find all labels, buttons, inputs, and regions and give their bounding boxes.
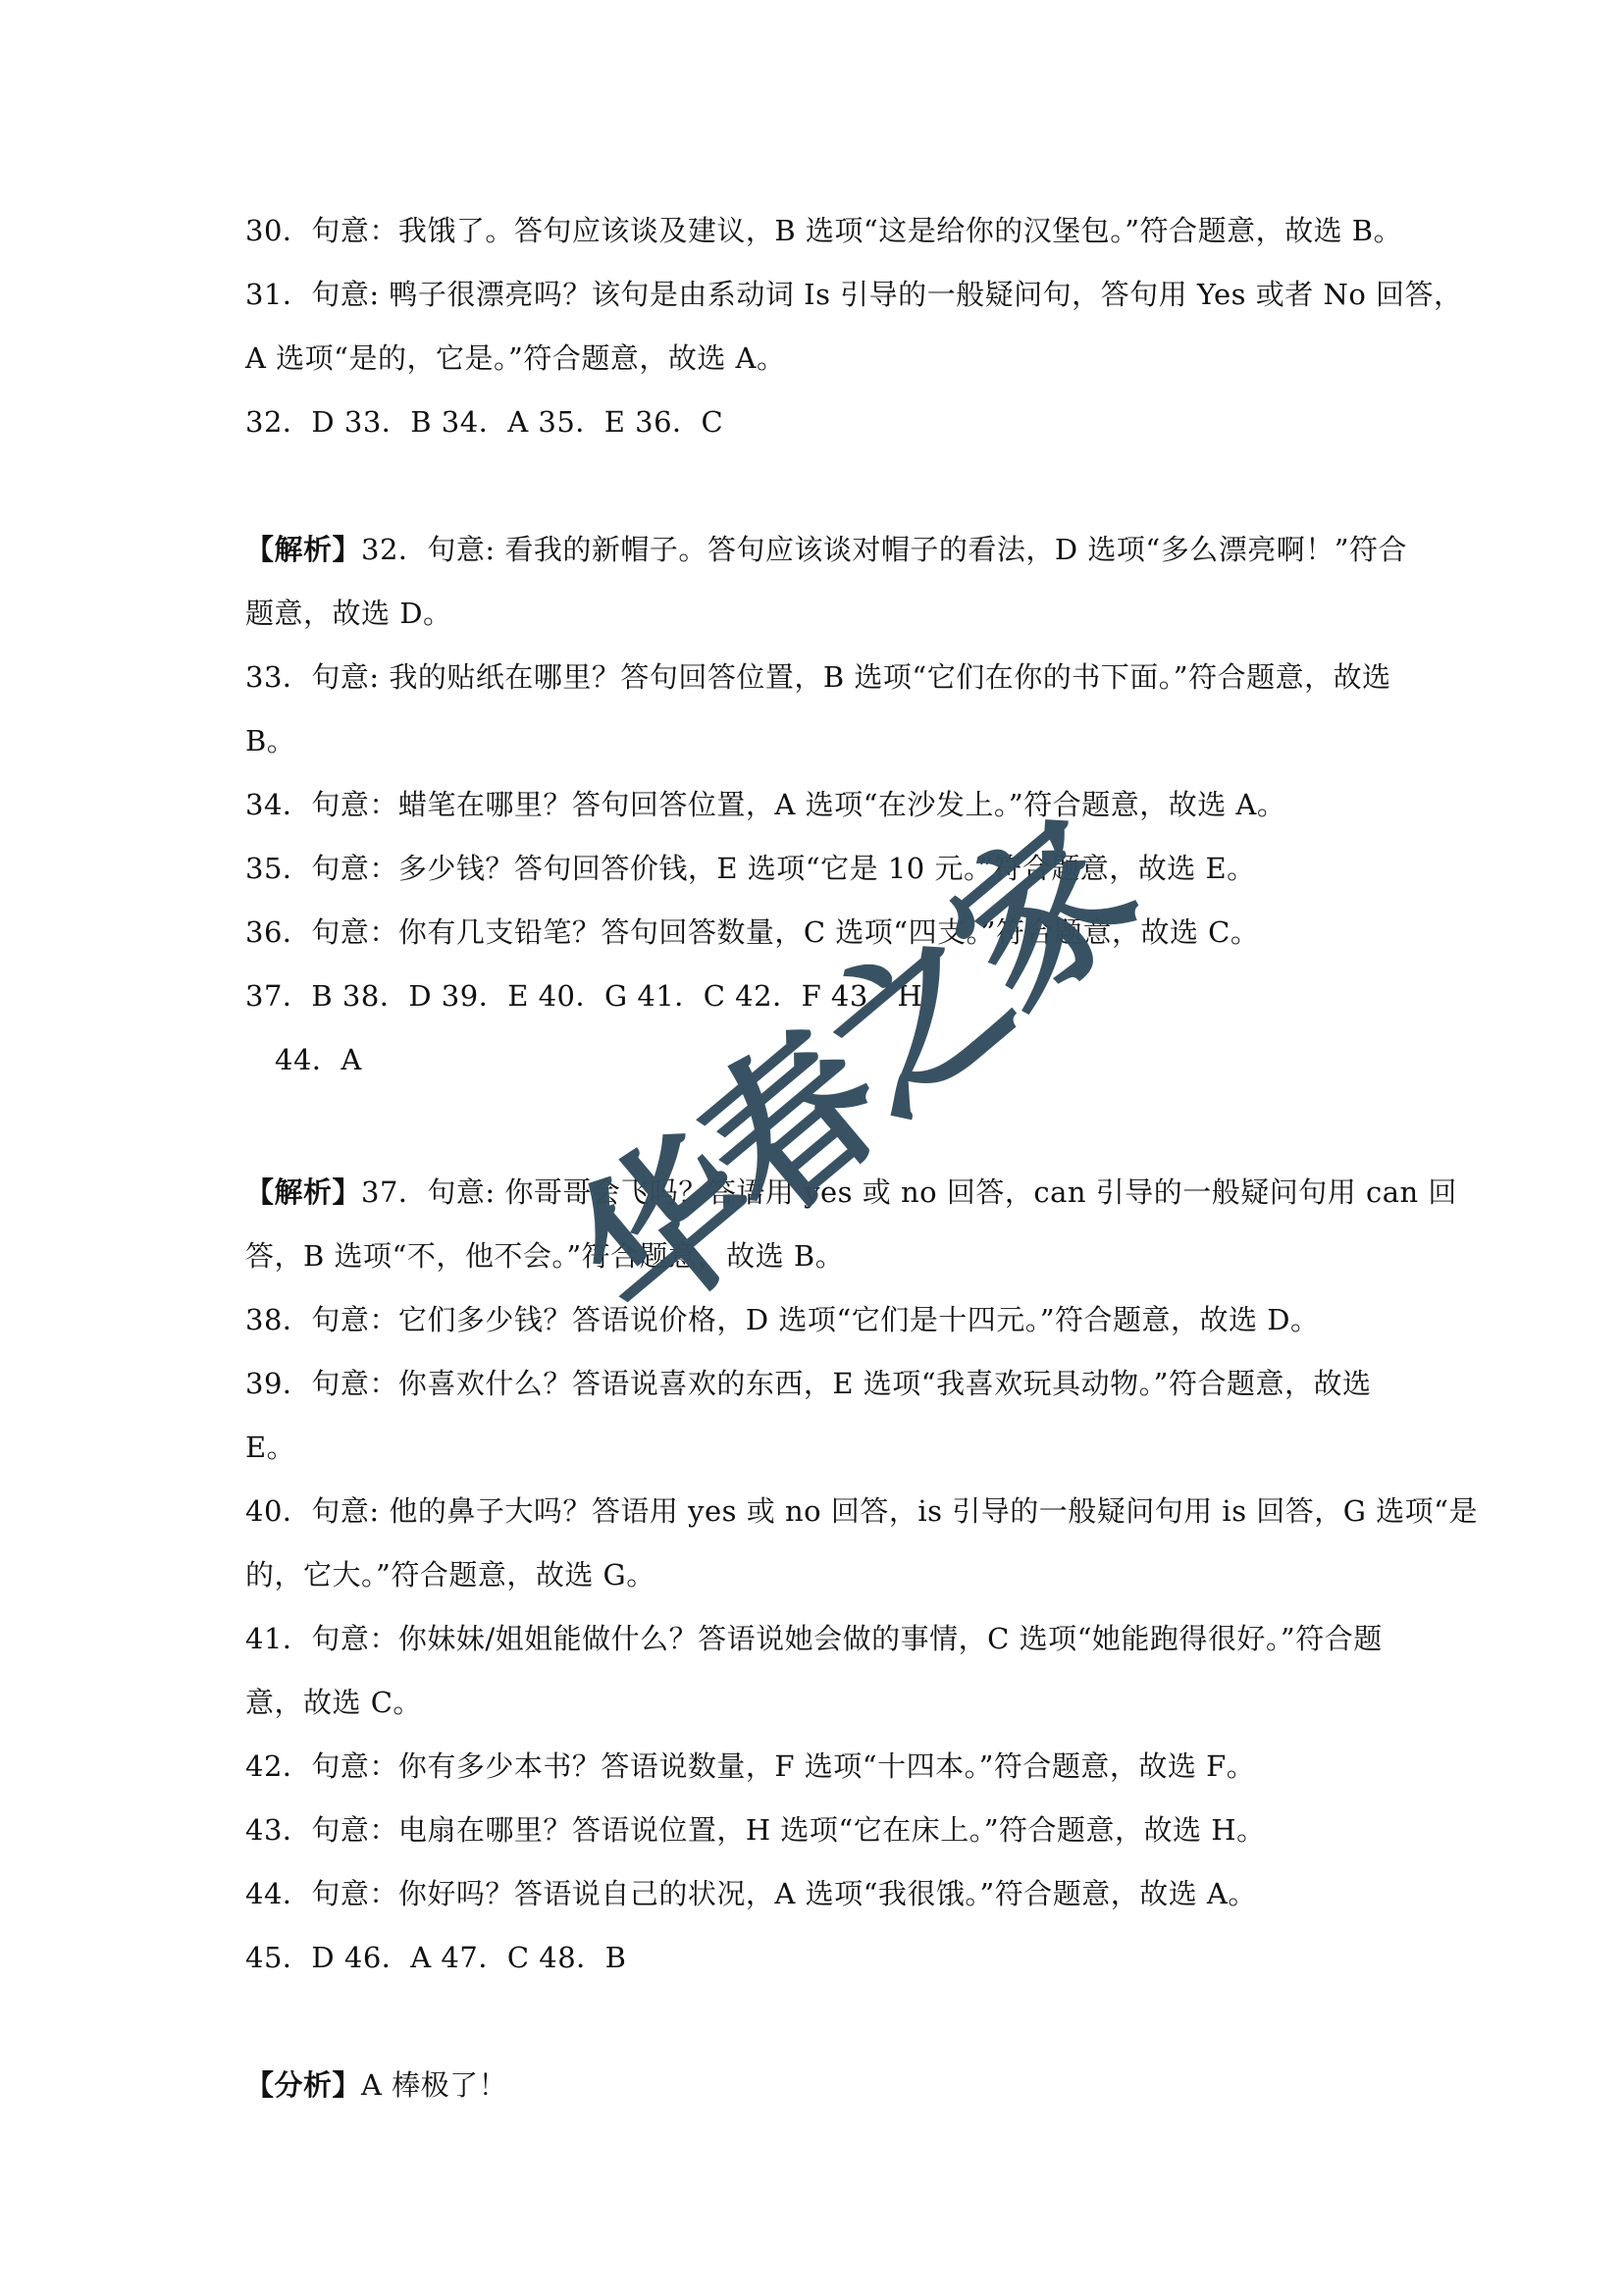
analysis-line-41: 41．句意：你妹妹/姐姐能做什么？答语说她会做的事情，C 选项“她能跑得很好。”… (245, 1619, 1383, 1658)
analysis-label: 【解析】 (245, 1175, 361, 1209)
analysis-line-41-cont: 意，故选 C。 (245, 1683, 422, 1722)
analysis-line-33: 33．句意: 我的贴纸在哪里？答句回答位置，B 选项“它们在你的书下面。”符合题… (245, 657, 1391, 697)
analysis-line-39-cont: E。 (245, 1428, 295, 1467)
answer-key-32-36: 32．D 33．B 34．A 35．E 36．C (245, 402, 723, 442)
answer-key-45-48: 45．D 46．A 47．C 48．B (245, 1938, 626, 1977)
analysis-label: 【分析】 (245, 2068, 361, 2102)
analysis-line-44: 44．句意：你好吗？答语说自己的状况，A 选项“我很饿。”符合题意，故选 A。 (245, 1874, 1257, 1913)
analysis-line-32: 【解析】32．句意: 看我的新帽子。答句应该谈对帽子的看法，D 选项“多么漂亮啊… (245, 530, 1407, 569)
analysis-line-39: 39．句意：你喜欢什么？答语说喜欢的东西，E 选项“我喜欢玩具动物。”符合题意，… (245, 1364, 1371, 1403)
analysis-line-43: 43．句意：电扇在哪里？答语说位置，H 选项“它在床上。”符合题意，故选 H。 (245, 1810, 1266, 1850)
document-page: 30．句意：我饿了。答句应该谈及建议，B 选项“这是给你的汉堡包。”符合题意，故… (0, 0, 1623, 2296)
analysis-label: 【解析】 (245, 533, 361, 566)
analysis-line-32-cont: 题意，故选 D。 (245, 594, 451, 633)
answer-key-37-43: 37．B 38．D 39．E 40．G 41．C 42．F 43．H (245, 976, 922, 1016)
analysis-text: 32．句意: 看我的新帽子。答句应该谈对帽子的看法，D 选项“多么漂亮啊！”符合 (361, 533, 1407, 566)
analysis-text: A 棒极了！ (361, 2068, 507, 2102)
answer-line-31: 31．句意: 鸭子很漂亮吗？该句是由系动词 Is 引导的一般疑问句，答句用 Ye… (245, 275, 1463, 314)
analysis-line-45: 【分析】A 棒极了！ (245, 2065, 507, 2105)
analysis-line-33-cont: B。 (245, 721, 295, 760)
analysis-line-36: 36．句意：你有几支铅笔？答句回答数量，C 选项“四支。”符合题意，故选 C。 (245, 913, 1259, 952)
answer-line-31-cont: A 选项“是的，它是。”符合题意，故选 A。 (245, 339, 785, 378)
analysis-line-40-cont: 的，它大。”符合题意，故选 G。 (245, 1555, 655, 1594)
answer-line-30: 30．句意：我饿了。答句应该谈及建议，B 选项“这是给你的汉堡包。”符合题意，故… (245, 211, 1402, 250)
analysis-text: 37．句意: 你哥哥会飞吗？答语用 yes 或 no 回答，can 引导的一般疑… (361, 1175, 1457, 1209)
analysis-line-35: 35．句意：多少钱？答句回答价钱，E 选项“它是 10 元。”符合题意，故选 E… (245, 849, 1256, 888)
analysis-line-38: 38．句意：它们多少钱？答语说价格，D 选项“它们是十四元。”符合题意，故选 D… (245, 1300, 1320, 1339)
analysis-line-34: 34．句意：蜡笔在哪里？答句回答位置，A 选项“在沙发上。”符合题意，故选 A。 (245, 785, 1285, 824)
answer-key-44: 44．A (275, 1040, 362, 1079)
analysis-line-42: 42．句意：你有多少本书？答语说数量，F 选项“十四本。”符合题意，故选 F。 (245, 1747, 1255, 1786)
analysis-line-40: 40．句意: 他的鼻子大吗？答语用 yes 或 no 回答，is 引导的一般疑问… (245, 1491, 1478, 1531)
analysis-line-37-cont: 答，B 选项“不，他不会。”符合题意，故选 B。 (245, 1236, 844, 1276)
analysis-line-37: 【解析】37．句意: 你哥哥会飞吗？答语用 yes 或 no 回答，can 引导… (245, 1173, 1457, 1212)
